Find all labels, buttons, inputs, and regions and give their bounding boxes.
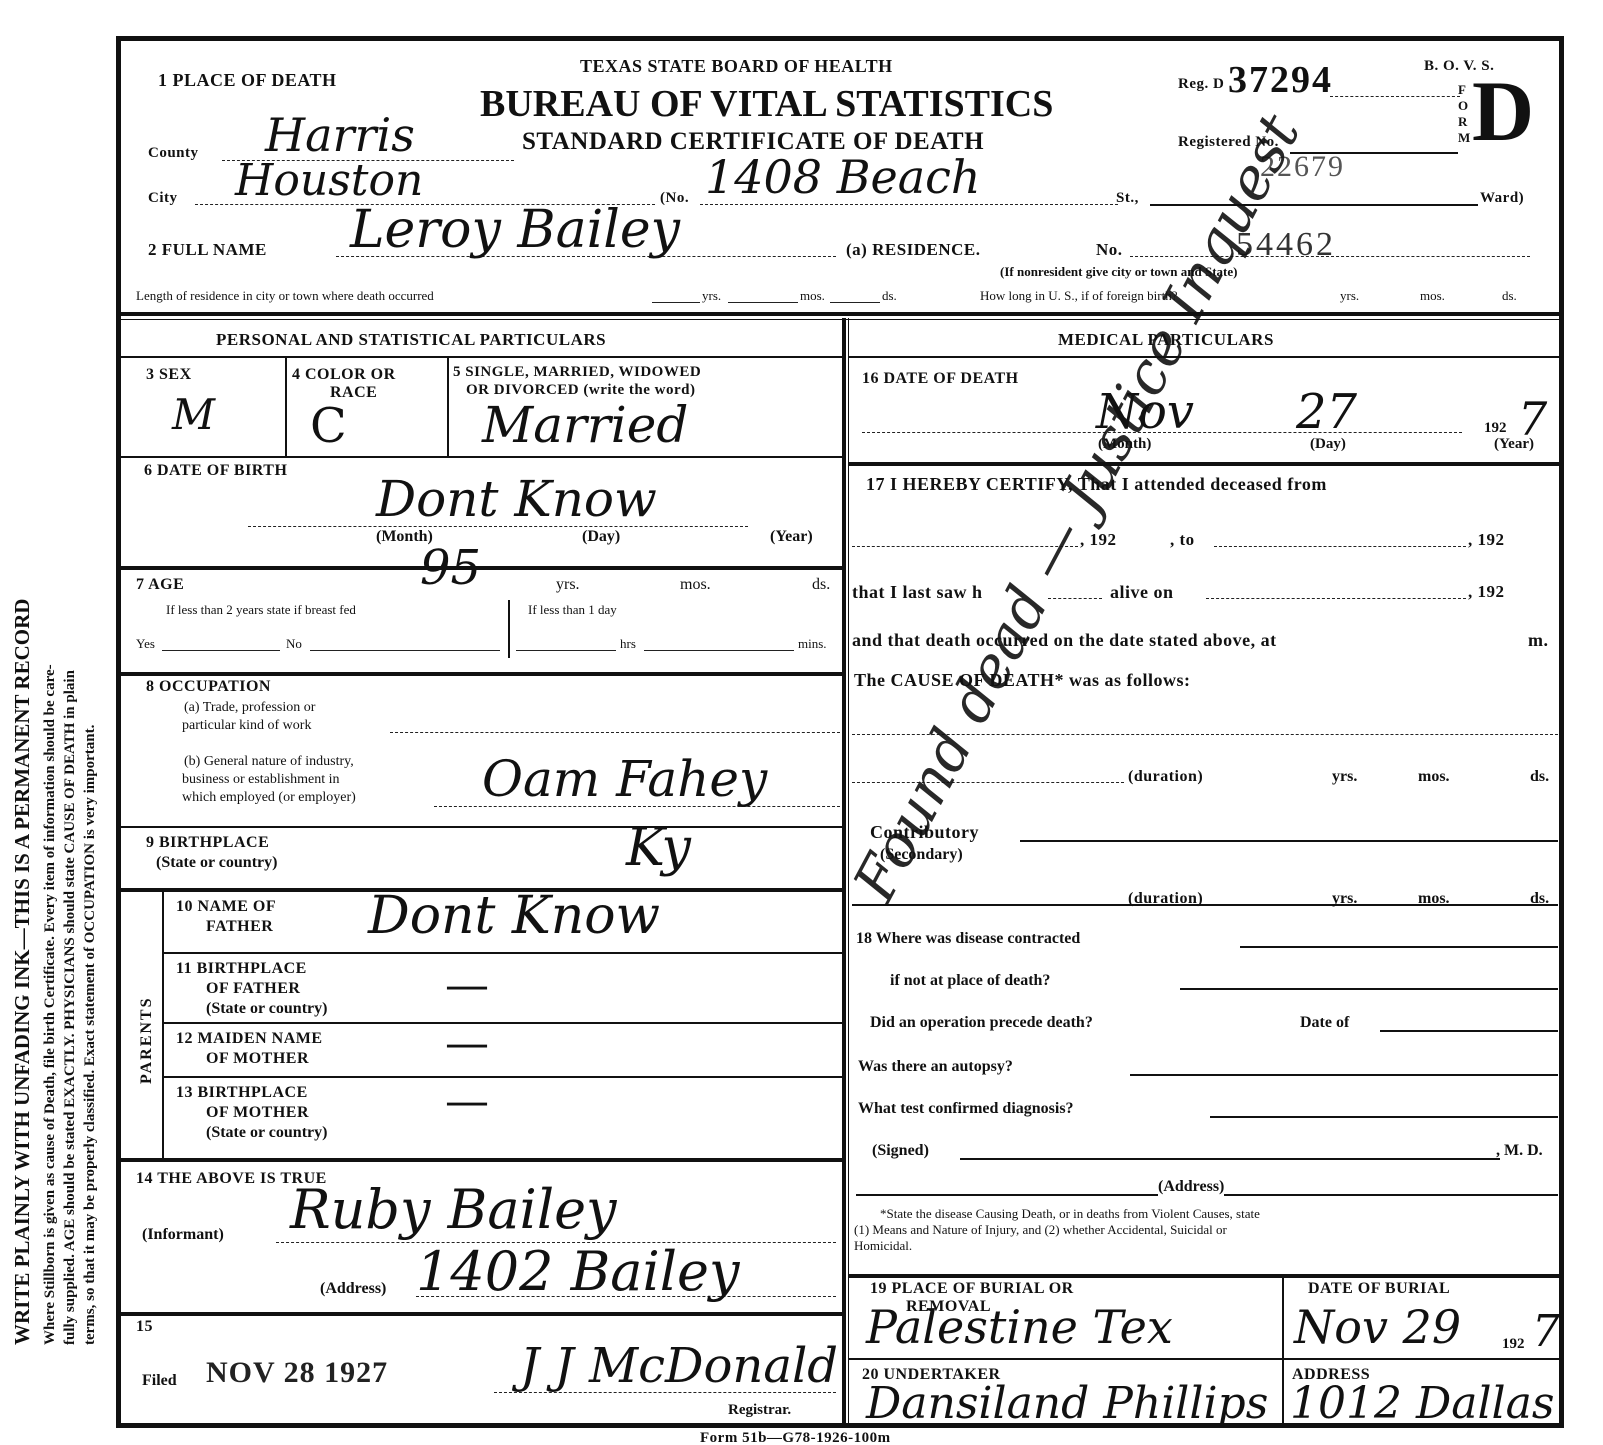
dob-year-caption: (Year) [770, 528, 813, 546]
dod-day-caption: (Day) [1310, 436, 1346, 453]
date-of-label: Date of [1300, 1014, 1349, 1032]
mother-name-label-2: OF MOTHER [206, 1050, 309, 1068]
occupation-a-line [390, 732, 840, 733]
sex-color-divider [285, 356, 287, 456]
personal-title-rule [120, 356, 842, 358]
father-birthplace-3: (State or country) [206, 1000, 327, 1018]
mins-line [644, 650, 794, 651]
father-birthplace-value: — [445, 960, 489, 1011]
city-value: Houston [235, 155, 423, 206]
contributory-line [1020, 840, 1558, 842]
mother-birthplace-value: — [445, 1076, 489, 1127]
violent-causes-note-1: *State the disease Causing Death, or in … [880, 1206, 1260, 1222]
breast-fed-yes: Yes [136, 636, 155, 652]
mother-birthplace-2: OF MOTHER [206, 1104, 309, 1122]
duration-yrs-1: yrs. [1332, 768, 1357, 786]
alive-on-label: alive on [1110, 582, 1174, 603]
father-birthplace-1: 11 BIRTHPLACE [176, 960, 307, 978]
mother-birthplace-1: 13 BIRTHPLACE [176, 1084, 308, 1102]
reg-line [1330, 96, 1460, 97]
burial-place-value: Palestine Tex [866, 1300, 1173, 1354]
where-contracted-line [1240, 946, 1558, 948]
form-letter-m: M [1458, 130, 1471, 146]
mother-name-value: — [445, 1018, 489, 1069]
violent-causes-note-2: (1) Means and Nature of Injury, and (2) … [854, 1222, 1227, 1238]
violent-causes-note-3: Homicidal. [854, 1238, 912, 1254]
city-label: City [148, 190, 178, 207]
signed-label: (Signed) [872, 1142, 929, 1160]
dob-day-caption: (Day) [582, 528, 620, 546]
breast-fed-yes-line [162, 650, 280, 651]
not-place-label: if not at place of death? [890, 972, 1050, 990]
length-ds-line [830, 302, 880, 303]
burial-mid-rule [848, 1358, 1560, 1360]
sex-label: 3 SEX [146, 366, 192, 384]
age-subdivider [508, 600, 510, 658]
row-rule-3 [120, 456, 842, 458]
occupation-b-2: business or establishment in [182, 772, 340, 788]
reg-label: Reg. D [1178, 76, 1224, 93]
color-marital-divider [447, 356, 449, 456]
color-label-1: 4 COLOR OR [292, 366, 396, 384]
reg-number: 37294 [1228, 58, 1333, 102]
personal-section-title: PERSONAL AND STATISTICAL PARTICULARS [216, 330, 606, 350]
burial-year-prefix: 192 [1502, 1336, 1525, 1353]
signed-line [960, 1158, 1500, 1160]
burial-divider [1282, 1274, 1284, 1428]
medical-rule-16 [848, 462, 1560, 466]
occupation-label: 8 OCCUPATION [146, 678, 271, 696]
md-label: , M. D. [1496, 1142, 1543, 1160]
mother-birthplace-3: (State or country) [206, 1124, 327, 1142]
autopsy-line [1130, 1074, 1558, 1076]
ward-label: Ward) [1480, 190, 1524, 207]
autopsy-label: Was there an autopsy? [858, 1058, 1013, 1076]
birthplace-value: Ky [626, 818, 691, 878]
full-name-label: 2 FULL NAME [148, 240, 267, 260]
hrs-label: hrs [620, 636, 636, 652]
foreign-yrs: yrs. [1340, 288, 1359, 304]
breast-fed-no-line [310, 650, 500, 651]
death-occurred-label: and that death occurred on the date stat… [852, 630, 1277, 651]
parents-label: PARENTS [138, 997, 156, 1085]
length-mos-line [728, 302, 798, 303]
death-occurred-m: m. [1528, 630, 1549, 651]
row-rule-12 [164, 1076, 842, 1078]
operation-line [1380, 1030, 1558, 1032]
duration-mos-2: mos. [1418, 890, 1450, 908]
date-of-death-label: 16 DATE OF DEATH [862, 370, 1019, 388]
length-of-residence-label: Length of residence in city or town wher… [136, 288, 434, 304]
father-birthplace-2: OF FATHER [206, 980, 300, 998]
burial-year-value: 7 [1532, 1306, 1560, 1357]
last-saw-label: that I last saw h [852, 582, 983, 603]
occupation-b-value: Oam Fahey [482, 750, 767, 808]
residence-no-label: No. [1096, 240, 1123, 260]
age-value: 95 [420, 540, 481, 596]
foreign-mos: mos. [1420, 288, 1445, 304]
margin-heading: WRITE PLAINLY WITH UNFADING INK—THIS IS … [10, 599, 35, 1345]
mins-label: mins. [798, 636, 827, 652]
birthplace-sub: (State or country) [156, 854, 277, 872]
row-rule-14 [120, 1312, 842, 1316]
less-than-day-label: If less than 1 day [528, 602, 617, 618]
med-address-label: (Address) [1158, 1178, 1224, 1196]
duration-yrs-2: yrs. [1332, 890, 1357, 908]
duration-ds-1: ds. [1530, 768, 1549, 786]
burial-date-label: DATE OF BURIAL [1308, 1280, 1450, 1298]
margin-instructions-1: Where Stillborn is given as cause of Dea… [42, 664, 59, 1345]
row-rule-13 [120, 1158, 842, 1162]
test-line [1210, 1116, 1558, 1118]
duration-label-1: (duration) [1128, 768, 1203, 786]
registrar-label: Registrar. [728, 1402, 791, 1419]
length-yrs: yrs. [702, 288, 721, 304]
informant-label: (Informant) [142, 1226, 224, 1244]
mother-name-label-1: 12 MAIDEN NAME [176, 1030, 323, 1048]
occupation-b-1: (b) General nature of industry, [184, 754, 354, 770]
board-title: TEXAS STATE BOARD OF HEALTH [580, 56, 893, 77]
burial-top-rule [848, 1274, 1560, 1278]
burial-place-label-1: 19 PLACE OF BURIAL OR [870, 1280, 1074, 1298]
row-rule-10 [164, 952, 842, 954]
test-label: What test confirmed diagnosis? [858, 1100, 1074, 1118]
marital-label-1: 5 SINGLE, MARRIED, WIDOWED [453, 364, 701, 381]
attended-to: , to [1170, 530, 1195, 550]
margin-instructions-3: terms, so that it may be properly classi… [82, 725, 99, 1345]
street-line [700, 204, 1118, 205]
where-contracted-label: 18 Where was disease contracted [856, 930, 1080, 948]
bureau-title: BUREAU OF VITAL STATISTICS [480, 82, 1053, 126]
father-name-label-1: 10 NAME OF [176, 898, 276, 916]
header-divider [120, 312, 1560, 316]
duration-label-2: (duration) [1128, 890, 1203, 908]
form-letter-r: R [1458, 114, 1468, 130]
full-name-value: Leroy Bailey [350, 200, 680, 260]
dod-year-caption: (Year) [1494, 436, 1534, 453]
occupation-a-1: (a) Trade, profession or [184, 700, 315, 716]
residence-label: (a) RESIDENCE. [846, 240, 981, 260]
parents-divider [162, 890, 164, 1158]
dob-value: Dont Know [376, 470, 657, 528]
birthplace-label: 9 BIRTHPLACE [146, 834, 269, 852]
filed-label: Filed [142, 1372, 177, 1390]
duration-mos-1: mos. [1418, 768, 1450, 786]
age-yrs: yrs. [556, 576, 580, 594]
father-name-label-2: FATHER [206, 918, 273, 936]
length-ds: ds. [882, 288, 897, 304]
informant-value: Ruby Bailey [290, 1178, 617, 1241]
dod-year-prefix: 192 [1484, 420, 1507, 437]
undertaker-value: Dansiland Phillips [866, 1378, 1268, 1429]
breast-fed-no: No [286, 636, 302, 652]
address-value: 1402 Bailey [416, 1240, 739, 1303]
form-letter-o: O [1458, 98, 1469, 114]
burial-date-value: Nov 29 [1294, 1300, 1461, 1354]
operation-label: Did an operation precede death? [870, 1014, 1093, 1032]
dod-day-value: 27 [1296, 384, 1357, 440]
filed-number: 15 [136, 1318, 153, 1336]
address-label: (Address) [320, 1280, 386, 1298]
attended-to-line [1214, 546, 1466, 547]
contributory-line-2 [852, 904, 1558, 906]
not-place-line [1180, 988, 1558, 990]
undertaker-address-value: 1012 Dallas [1290, 1378, 1554, 1429]
breast-fed-label: If less than 2 years state if breast fed [166, 602, 356, 618]
form-code: D [1472, 68, 1535, 154]
duration-ds-2: ds. [1530, 890, 1549, 908]
sex-value: M [172, 390, 215, 439]
occupation-a-2: particular kind of work [182, 718, 311, 734]
age-label: 7 AGE [136, 576, 184, 594]
occupation-b-3: which employed (or employer) [182, 790, 356, 806]
alive-on-line [1206, 598, 1466, 599]
form-letter-f: F [1458, 82, 1466, 98]
hrs-line [516, 650, 616, 651]
father-name-value: Dont Know [368, 886, 660, 946]
dob-label: 6 DATE OF BIRTH [144, 462, 287, 480]
marital-value: Married [482, 396, 688, 454]
place-of-death-label: 1 PLACE OF DEATH [158, 70, 337, 91]
length-yrs-line [652, 302, 700, 303]
row-rule-7 [120, 672, 842, 676]
st-label: St., [1116, 190, 1139, 207]
age-mos: mos. [680, 576, 711, 594]
medical-title-rule [848, 356, 1560, 358]
color-value: C [310, 398, 347, 454]
margin-instructions-2: fully supplied. AGE should be stated EXA… [62, 670, 79, 1345]
form-footer: Form 51b—G78-1926-100m [700, 1430, 891, 1445]
county-value: Harris [265, 108, 415, 162]
registrar-signature: J J McDonald [520, 1338, 838, 1394]
county-label: County [148, 145, 199, 162]
attended-to-192: , 192 [1468, 530, 1505, 550]
length-mos: mos. [800, 288, 825, 304]
row-rule-11 [164, 1022, 842, 1024]
header-divider-2 [120, 319, 1560, 320]
row-rule-8 [120, 826, 842, 828]
age-ds: ds. [812, 576, 830, 594]
foreign-ds: ds. [1502, 288, 1517, 304]
filed-stamp: NOV 28 1927 [206, 1356, 388, 1390]
street-value: 1408 Beach [705, 150, 981, 204]
alive-on-192: , 192 [1468, 582, 1505, 602]
